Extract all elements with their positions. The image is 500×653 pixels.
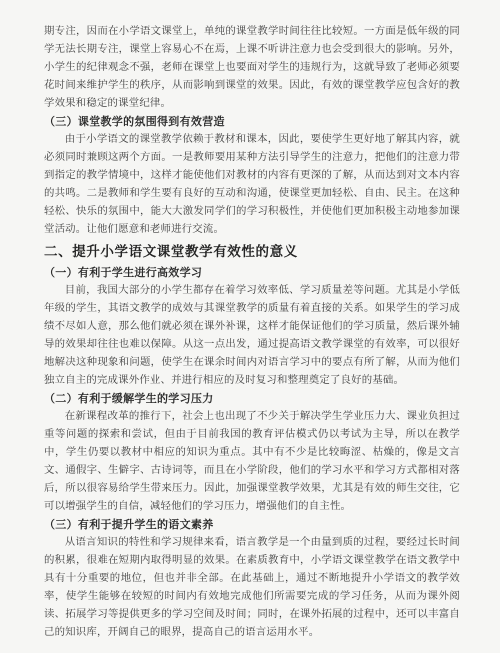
paragraph: 在新课程改革的推行下，社会上也出现了不少关于解决学生学业压力大、课业负担过重等问… [44,408,460,516]
subsection-heading-efficient-learning: （一）有利于学生进行高效学习 [44,264,460,282]
document-page: 期专注，因而在小学语文课堂上，单纯的课堂教学时间往往比较短。一方面是低年级的同学… [0,0,500,653]
subsection-heading-relieve-pressure: （二）有利于缓解学生的学习压力 [44,390,460,408]
paragraph: 从语言知识的特性和学习规律来看，语言教学是一个由量到质的过程，要经过长时间的积累… [44,534,460,642]
paragraph: 由于小学语文的课堂教学依赖于教材和课本，因此，要使学生更好地了解其内容，就必须同… [44,131,460,239]
paragraph-continued-from-previous-page: 期专注，因而在小学语文课堂上，单纯的课堂教学时间往往比较短。一方面是低年级的同学… [44,23,460,113]
subsection-heading-language-literacy: （三）有利于提升学生的语文素养 [44,516,460,534]
paragraph: 目前，我国大部分的小学生都存在着学习效率低、学习质量差等问题。尤其是小学低年级的… [44,282,460,390]
subsection-heading-classroom-atmosphere: （三）课堂教学的氛围得到有效营造 [44,113,460,131]
section-heading-significance: 二、提升小学语文课堂教学有效性的意义 [44,240,460,263]
